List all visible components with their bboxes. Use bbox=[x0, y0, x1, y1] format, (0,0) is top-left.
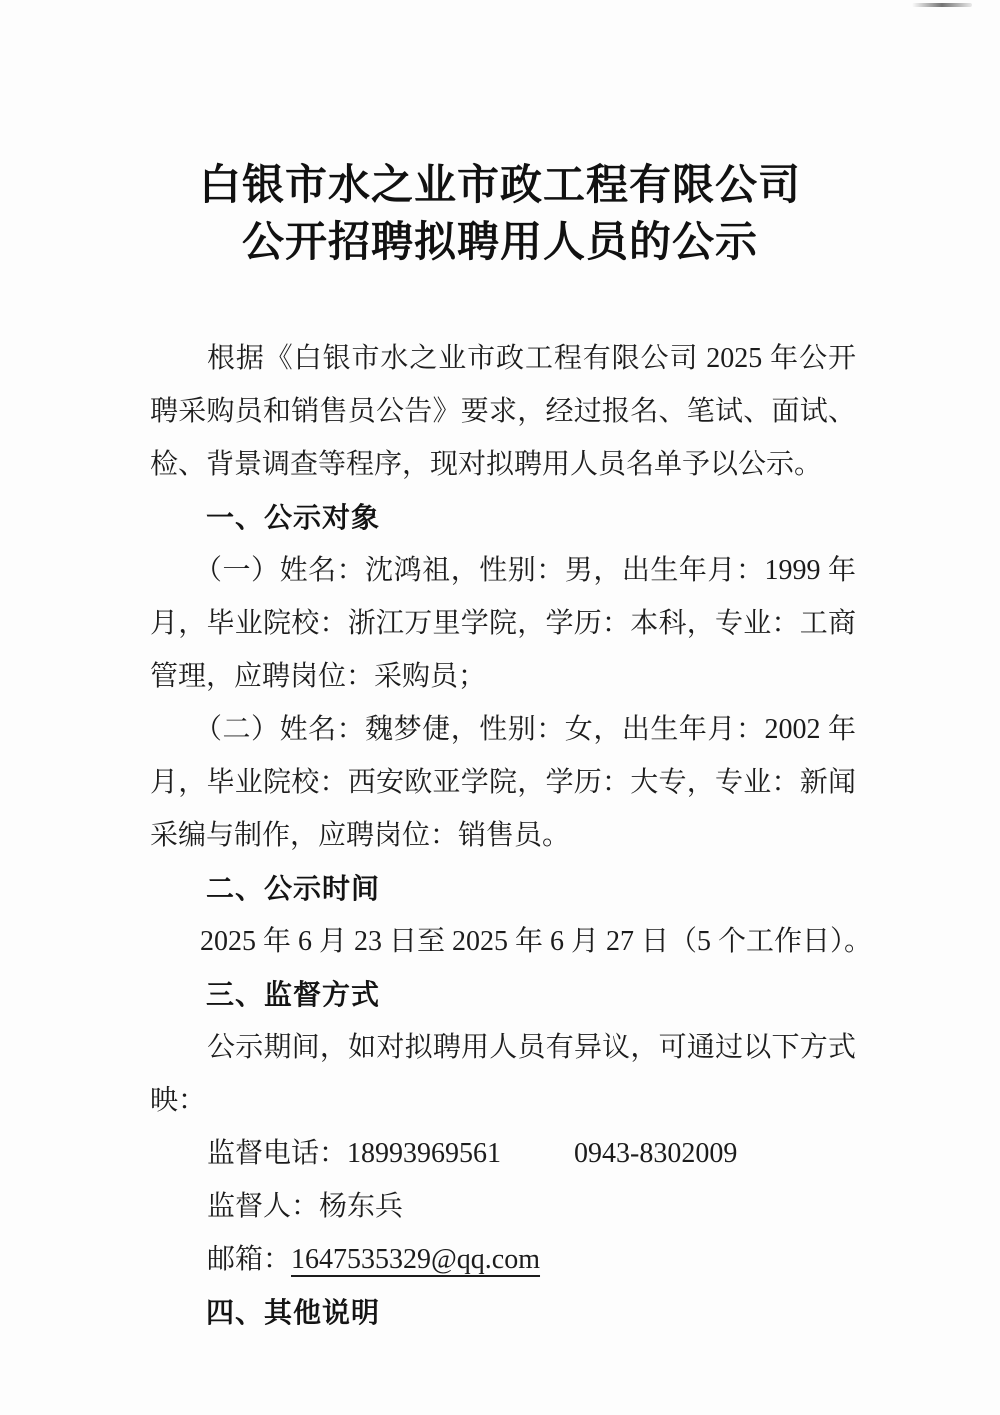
supervisor-line: 监督人：杨东兵 bbox=[150, 1180, 856, 1233]
document-title: 白银市水之业市政工程有限公司 公开招聘拟聘用人员的公示 bbox=[0, 158, 1000, 272]
candidate-1-line-3: 管理，应聘岗位：采购员； bbox=[150, 650, 856, 703]
email-label: 邮箱： bbox=[207, 1244, 291, 1275]
candidate-2-line-2: 月，毕业院校：西安欧亚学院，学历：大专，专业：新闻 bbox=[150, 756, 856, 809]
intro-paragraph-line-1: 根据《白银市水之业市政工程有限公司 2025 年公开招 bbox=[150, 332, 856, 385]
intro-paragraph-line-3: 检、背景调查等程序，现对拟聘用人员名单予以公示。 bbox=[150, 438, 856, 491]
email-line: 邮箱：1647535329@qq.com bbox=[150, 1233, 856, 1286]
candidate-1-line-2: 月，毕业院校：浙江万里学院，学历：本科，专业：工商 bbox=[150, 597, 856, 650]
email-address: 1647535329@qq.com bbox=[291, 1244, 540, 1275]
section-heading-publicity-period: 二、公示时间 bbox=[150, 862, 856, 915]
candidate-2-line-1: （二）姓名：魏梦倢，性别：女，出生年月：2002 年 10 bbox=[150, 703, 856, 756]
scanned-document-page: 白银市水之业市政工程有限公司 公开招聘拟聘用人员的公示 根据《白银市水之业市政工… bbox=[0, 0, 1000, 1415]
supervision-paragraph-line-1: 公示期间，如对拟聘用人员有异议，可通过以下方式反 bbox=[150, 1021, 856, 1074]
supervisor-name: 杨东兵 bbox=[319, 1191, 403, 1222]
section-heading-other-notes: 四、其他说明 bbox=[150, 1286, 856, 1339]
candidate-2-line-3: 采编与制作，应聘岗位：销售员。 bbox=[150, 809, 856, 862]
intro-paragraph-line-2: 聘采购员和销售员公告》要求，经过报名、笔试、面试、体 bbox=[150, 385, 856, 438]
supervision-paragraph-line-2: 映： bbox=[150, 1074, 856, 1127]
document-body: 根据《白银市水之业市政工程有限公司 2025 年公开招 聘采购员和销售员公告》要… bbox=[150, 332, 856, 1339]
candidate-1-line-1: （一）姓名：沈鸿祖，性别：男，出生年月：1999 年 8 bbox=[150, 544, 856, 597]
supervisor-label: 监督人： bbox=[207, 1191, 319, 1222]
title-line-2: 公开招聘拟聘用人员的公示 bbox=[0, 215, 1000, 272]
phone-number-1: 18993969561 bbox=[347, 1138, 501, 1169]
title-line-1: 白银市水之业市政工程有限公司 bbox=[0, 158, 1000, 215]
section-heading-supervision-method: 三、监督方式 bbox=[150, 968, 856, 1021]
phone-number-2: 0943-8302009 bbox=[574, 1138, 737, 1169]
supervision-phone-line: 监督电话：189939695610943-8302009 bbox=[150, 1127, 856, 1180]
section-heading-publicity-subjects: 一、公示对象 bbox=[150, 491, 856, 544]
publicity-period-dates: 2025 年 6 月 23 日至 2025 年 6 月 27 日（5 个工作日）… bbox=[150, 915, 856, 968]
scan-artifact bbox=[912, 3, 972, 7]
phone-label: 监督电话： bbox=[207, 1138, 347, 1169]
